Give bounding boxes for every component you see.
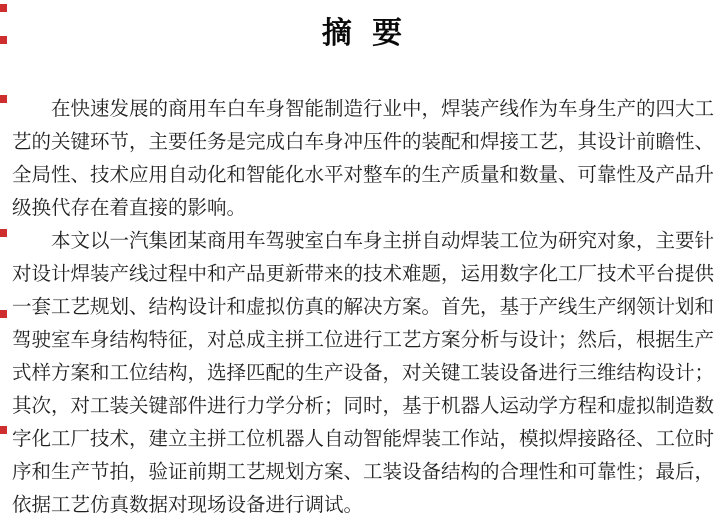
abstract-line: 一套工艺规划、结构设计和虚拟仿真的解决方案。首先，基于产线生产纲领计划和	[12, 291, 714, 324]
abstract-body: 在快速发展的商用车白车身智能制造行业中，焊装产线作为车身生产的四大工 艺的关键环…	[12, 93, 714, 522]
abstract-line: 全局性、技术应用自动化和智能化水平对整车的生产质量和数量、可靠性及产品升	[12, 159, 714, 192]
abstract-line: 艺的关键环节，主要任务是完成白车身冲压件的装配和焊接工艺，其设计前瞻性、	[12, 126, 714, 159]
red-edge-mark	[0, 310, 7, 318]
abstract-line: 式样方案和工位结构，选择匹配的生产设备，对关键工装设备进行三维结构设计；	[12, 357, 714, 390]
abstract-line: 依据工艺仿真数据对现场设备进行调试。	[12, 489, 714, 522]
abstract-paragraph-2: 本文以一汽集团某商用车驾驶室白车身主拼自动焊装工位为研究对象，主要针 对设计焊装…	[12, 225, 714, 522]
abstract-line: 其次，对工装关键部件进行力学分析；同时，基于机器人运动学方程和虚拟制造数	[12, 390, 714, 423]
abstract-paragraph-1: 在快速发展的商用车白车身智能制造行业中，焊装产线作为车身生产的四大工 艺的关键环…	[12, 93, 714, 225]
red-edge-mark	[0, 95, 7, 103]
abstract-line: 级换代存在着直接的影响。	[12, 192, 714, 225]
abstract-line: 驾驶室车身结构特征，对总成主拼工位进行工艺方案分析与设计；然后，根据生产	[12, 324, 714, 357]
abstract-line: 对设计焊装产线过程中和产品更新带来的技术难题，运用数字化工厂技术平台提供	[12, 258, 714, 291]
page-title: 摘 要	[0, 14, 726, 54]
abstract-line: 字化工厂技术，建立主拼工位机器人自动智能焊装工作站，模拟焊接路径、工位时	[12, 423, 714, 456]
abstract-page: 摘 要 在快速发展的商用车白车身智能制造行业中，焊装产线作为车身生产的四大工 艺…	[0, 0, 726, 523]
abstract-line: 在快速发展的商用车白车身智能制造行业中，焊装产线作为车身生产的四大工	[12, 93, 714, 126]
abstract-line: 本文以一汽集团某商用车驾驶室白车身主拼自动焊装工位为研究对象，主要针	[12, 225, 714, 258]
abstract-line: 序和生产节拍，验证前期工艺规划方案、工装设备结构的合理性和可靠性；最后，	[12, 456, 714, 489]
red-edge-mark	[0, 4, 7, 12]
red-edge-mark	[0, 229, 7, 237]
red-edge-mark	[0, 36, 7, 44]
red-edge-mark	[0, 426, 7, 434]
